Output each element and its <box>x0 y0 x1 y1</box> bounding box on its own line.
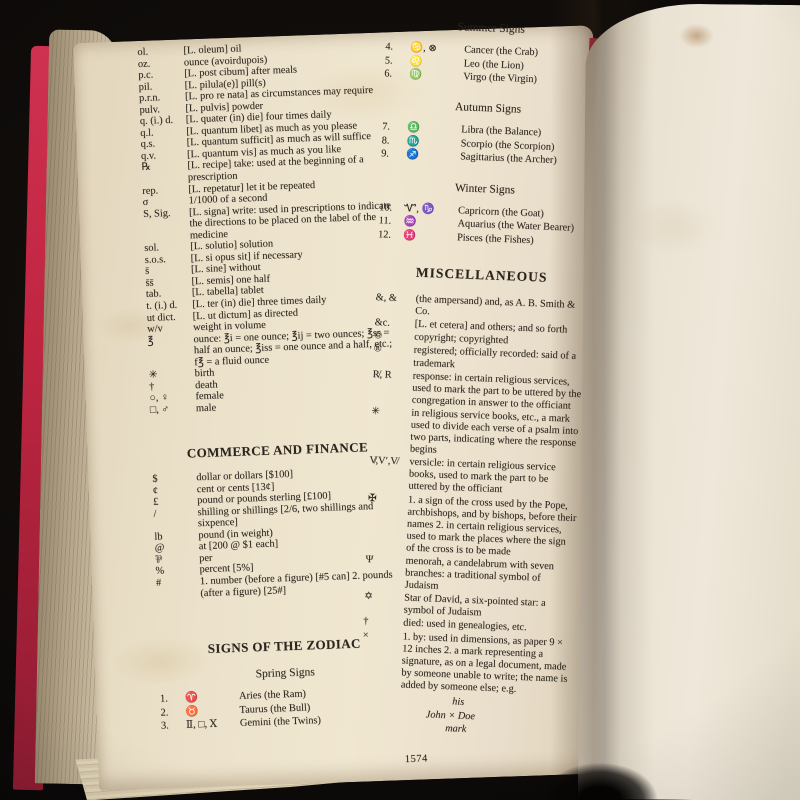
abbreviation-symbol: □, ♂ <box>150 403 196 416</box>
misc-entry: × 1. by: used in dimensions, as paper 9 … <box>361 629 573 697</box>
zodiac-number: 10. <box>379 201 404 215</box>
abbreviation-list: ol. [L. oleum] oil oz. ounce (avoirdupoi… <box>137 38 402 416</box>
zodiac-number: 1. <box>160 692 185 706</box>
abbreviation-symbol: ℞ <box>141 161 187 174</box>
misc-definition: response: in certain religious services,… <box>412 370 583 413</box>
zodiac-number: 9. <box>381 147 406 161</box>
miscellaneous-heading: MISCELLANEOUS <box>376 265 586 285</box>
misc-definition: versicle: in certain religious service b… <box>408 457 579 500</box>
misc-entry: ✠ 1. a sign of the cross used by the Pop… <box>366 493 578 561</box>
winter-signs-heading: Winter Signs <box>380 179 590 199</box>
abbreviation-symbol: ℥ <box>147 334 193 347</box>
misc-symbol: &c. <box>374 317 414 331</box>
misc-definition: 1. a sign of the cross used by the Pope,… <box>406 494 578 561</box>
zodiac-number: 12. <box>378 228 403 242</box>
commerce-finance-heading: COMMERCE AND FINANCE <box>151 440 403 460</box>
misc-entry: ✳ in religious service books, etc., a ma… <box>370 406 582 462</box>
zodiac-symbol: Ⅱ, □, Ⅹ <box>186 717 240 732</box>
misc-symbol: † <box>363 616 403 630</box>
summer-signs-heading: Summer Signs <box>386 18 596 38</box>
misc-symbol: V̸,V′,V̸ <box>369 455 409 469</box>
page-number: 1574 <box>386 753 446 766</box>
zodiac-number: 7. <box>382 121 407 135</box>
misc-symbol: © <box>374 330 414 344</box>
zodiac-number: 11. <box>378 214 403 228</box>
zodiac-number: 2. <box>160 705 185 719</box>
zodiac-number: 5. <box>385 54 410 68</box>
zodiac-symbol: ♍ <box>409 68 463 83</box>
commerce-symbol: # <box>156 576 200 589</box>
zodiac-number: 4. <box>385 40 410 54</box>
book-photo: ol. [L. oleum] oil oz. ounce (avoirdupoi… <box>0 0 800 800</box>
misc-symbol: Ψ <box>365 554 405 568</box>
autumn-signs-heading: Autumn Signs <box>383 99 593 119</box>
zodiac-number: 6. <box>384 67 409 81</box>
zodiac-number: 3. <box>161 719 186 733</box>
right-text-column: Summer Signs 4. ♋, ⊗ Cancer (the Crab) 5… <box>359 18 596 740</box>
misc-definition: menorah, a candelabrum with seven branch… <box>404 555 575 598</box>
misc-symbol: ® <box>373 344 413 358</box>
misc-symbol: R̸, R <box>373 369 413 383</box>
commerce-symbol: / <box>153 507 197 520</box>
zodiac-symbol: ♐ <box>406 148 460 163</box>
miscellaneous-list: &, & (the ampersand) and, as A. B. Smith… <box>361 292 586 698</box>
printed-page: ol. [L. oleum] oil oz. ounce (avoirdupoi… <box>73 25 619 791</box>
misc-definition: in religious service books, etc., a mark… <box>410 407 582 462</box>
misc-symbol: × <box>362 629 402 643</box>
autumn-signs-list: 7. ♎ Libra (the Balance) 8. ♏ Scorpio (t… <box>381 121 592 169</box>
facing-blank-page <box>578 3 800 800</box>
zodiac-number: 8. <box>381 134 406 148</box>
misc-symbol: &, & <box>375 292 415 306</box>
misc-symbol: ✳ <box>371 406 411 420</box>
misc-definition: 1. by: used in dimensions, as paper 9 × … <box>401 631 573 698</box>
misc-symbol: ✡ <box>364 591 404 605</box>
zodiac-symbol: ♓ <box>403 229 457 244</box>
misc-symbol: ✠ <box>368 493 408 507</box>
abbreviation-symbol: S, Sig. <box>143 207 189 220</box>
summer-signs-list: 4. ♋, ⊗ Cancer (the Crab) 5. ♌ Leo (the … <box>384 40 595 88</box>
winter-signs-list: 10. Ꮙ, ♑ Capricorn (the Goat) 11. ♒ Aqua… <box>378 201 589 249</box>
signature-example: his John × Doe mark <box>359 692 570 741</box>
